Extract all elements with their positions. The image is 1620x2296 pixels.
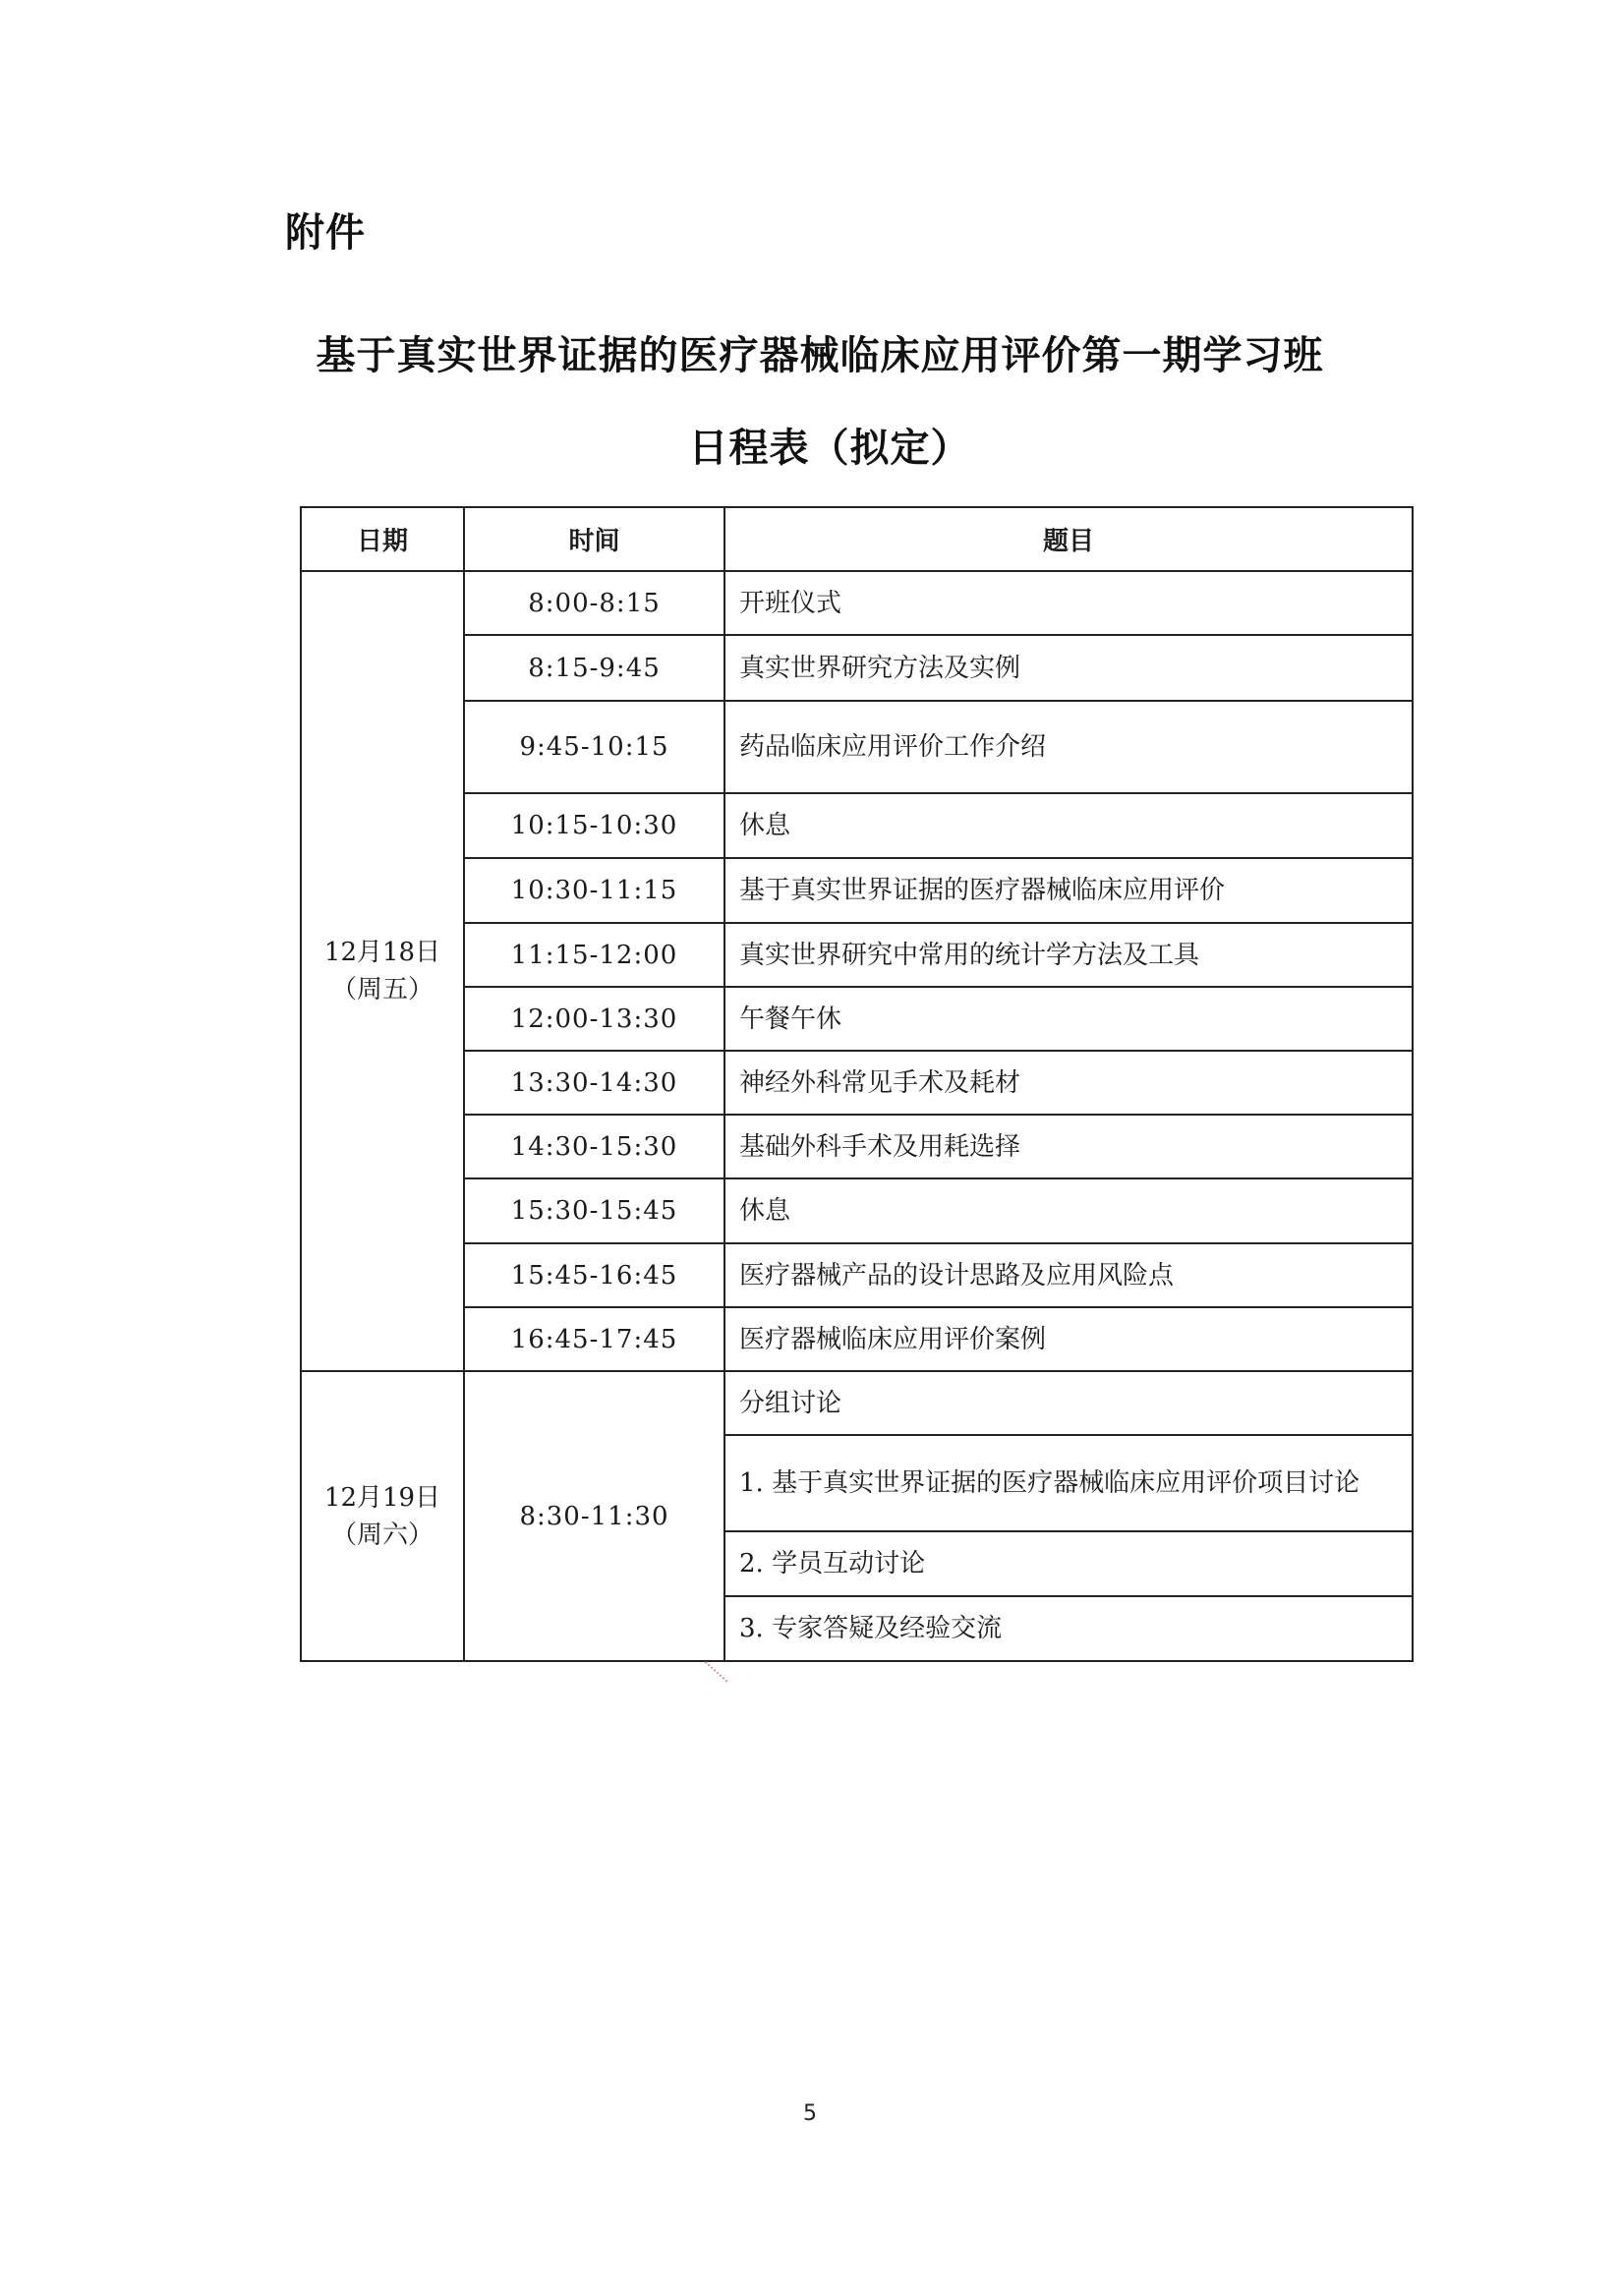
- day1-date-cell: 12月18日 （周五）: [301, 571, 464, 1371]
- table-row: 13:30-14:30 神经外科常见手术及耗材: [301, 1051, 1413, 1115]
- table-row: 12月18日 （周五） 8:00-8:15 开班仪式: [301, 571, 1413, 635]
- session-topic: 2. 学员互动讨论: [724, 1531, 1413, 1596]
- day1-weekday: （周五）: [302, 971, 463, 1008]
- session-topic: 基于真实世界证据的医疗器械临床应用评价: [724, 858, 1413, 923]
- table-row: 10:15-10:30 休息: [301, 793, 1413, 858]
- day2-weekday: （周六）: [302, 1517, 463, 1554]
- session-topic: 医疗器械产品的设计思路及应用风险点: [724, 1243, 1413, 1307]
- session-time: 9:45-10:15: [464, 701, 724, 793]
- table-row: 12:00-13:30 午餐午休: [301, 987, 1413, 1051]
- session-time: 10:30-11:15: [464, 858, 724, 923]
- session-time: 14:30-15:30: [464, 1115, 724, 1178]
- session-topic: 休息: [724, 1178, 1413, 1243]
- session-topic: 真实世界研究中常用的统计学方法及工具: [724, 923, 1413, 987]
- session-time: 15:30-15:45: [464, 1178, 724, 1243]
- header-date: 日期: [301, 507, 464, 571]
- table-row: 14:30-15:30 基础外科手术及用耗选择: [301, 1115, 1413, 1178]
- day2-date: 12月19日: [302, 1479, 463, 1517]
- session-time: 12:00-13:30: [464, 987, 724, 1051]
- session-topic: 1. 基于真实世界证据的医疗器械临床应用评价项目讨论: [724, 1435, 1413, 1531]
- table-row: 15:45-16:45 医疗器械产品的设计思路及应用风险点: [301, 1243, 1413, 1307]
- attachment-label: 附件: [285, 201, 366, 258]
- day2-date-cell: 12月19日 （周六）: [301, 1371, 464, 1661]
- session-topic: 分组讨论: [724, 1371, 1413, 1435]
- table-row: 12月19日 （周六） 8:30-11:30 分组讨论: [301, 1371, 1413, 1435]
- header-time: 时间: [464, 507, 724, 571]
- table-row: 9:45-10:15 药品临床应用评价工作介绍: [301, 701, 1413, 793]
- day1-date: 12月18日: [302, 934, 463, 971]
- session-topic: 3. 专家答疑及经验交流: [724, 1596, 1413, 1661]
- session-time: 11:15-12:00: [464, 923, 724, 987]
- table-row: 15:30-15:45 休息: [301, 1178, 1413, 1243]
- session-topic: 药品临床应用评价工作介绍: [724, 701, 1413, 793]
- table-row: 11:15-12:00 真实世界研究中常用的统计学方法及工具: [301, 923, 1413, 987]
- stamp-mark: [687, 1661, 727, 1701]
- table-row: 10:30-11:15 基于真实世界证据的医疗器械临床应用评价: [301, 858, 1413, 923]
- session-topic: 午餐午休: [724, 987, 1413, 1051]
- session-topic: 开班仪式: [724, 571, 1413, 635]
- session-topic: 基础外科手术及用耗选择: [724, 1115, 1413, 1178]
- session-time: 8:00-8:15: [464, 571, 724, 635]
- table-row: 8:15-9:45 真实世界研究方法及实例: [301, 635, 1413, 701]
- session-time: 13:30-14:30: [464, 1051, 724, 1115]
- session-time: 10:15-10:30: [464, 793, 724, 858]
- session-topic: 神经外科常见手术及耗材: [724, 1051, 1413, 1115]
- document-title: 基于真实世界证据的医疗器械临床应用评价第一期学习班: [0, 324, 1620, 380]
- table-header-row: 日期 时间 题目: [301, 507, 1413, 571]
- session-topic: 医疗器械临床应用评价案例: [724, 1307, 1413, 1371]
- page-number: 5: [0, 2101, 1620, 2126]
- session-topic: 真实世界研究方法及实例: [724, 635, 1413, 701]
- session-time: 16:45-17:45: [464, 1307, 724, 1371]
- document-subtitle: 日程表（拟定）: [0, 417, 1620, 473]
- session-time: 8:15-9:45: [464, 635, 724, 701]
- session-time: 15:45-16:45: [464, 1243, 724, 1307]
- header-topic: 题目: [724, 507, 1413, 571]
- session-topic: 休息: [724, 793, 1413, 858]
- day2-session-time: 8:30-11:30: [464, 1371, 724, 1661]
- table-row: 16:45-17:45 医疗器械临床应用评价案例: [301, 1307, 1413, 1371]
- schedule-table: 日期 时间 题目 12月18日 （周五） 8:00-8:15 开班仪式 8:15…: [300, 506, 1414, 1662]
